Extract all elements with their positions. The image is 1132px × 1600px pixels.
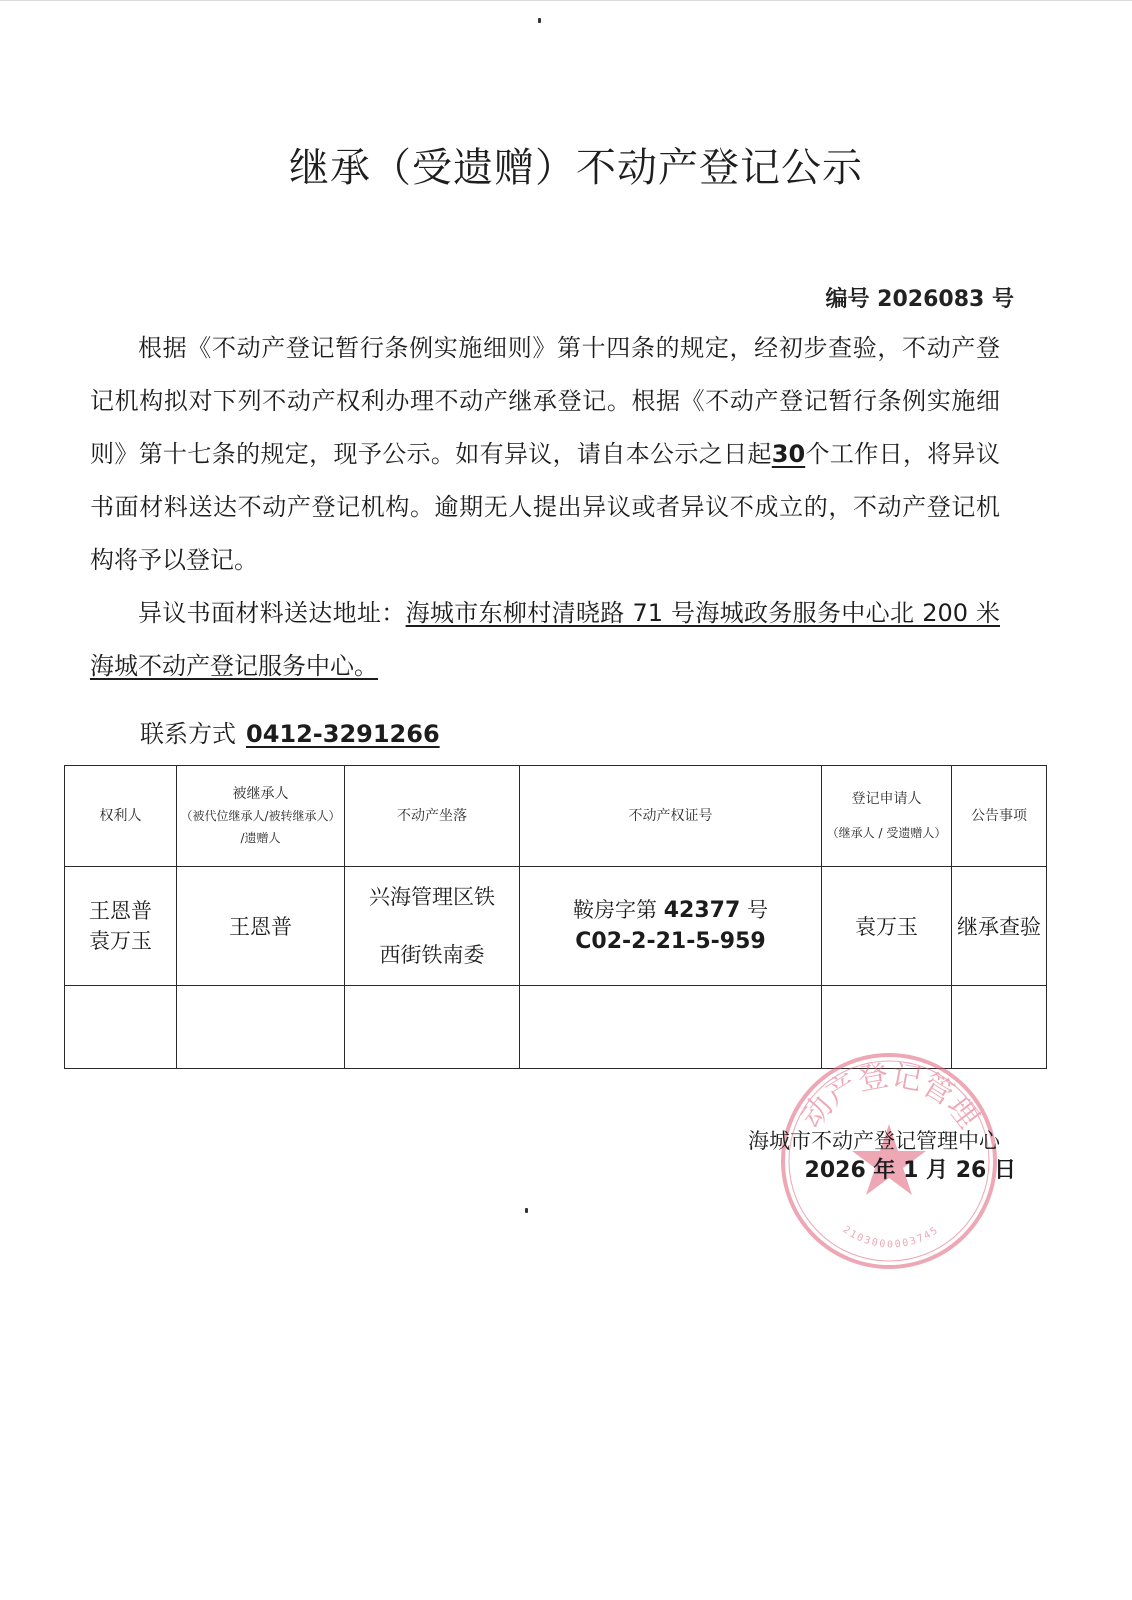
- table-row: 王恩普 袁万玉 王恩普 兴海管理区铁 西街铁南委 鞍房字第 42377 号 C0…: [65, 867, 1047, 986]
- cell-rights-holder: [65, 986, 177, 1069]
- cell-decedent: [177, 986, 345, 1069]
- svg-text:动产登记管理: 动产登记管理: [794, 1058, 985, 1135]
- header-notice-item: 公告事项: [952, 766, 1047, 867]
- header-rights-holder: 权利人: [65, 766, 177, 867]
- issue-date: 2026 年 1 月 26 日: [748, 1156, 1016, 1186]
- contact-info: 联系方式0412-3291266: [140, 714, 440, 749]
- scan-mark: [538, 18, 541, 23]
- notice-body: 根据《不动产登记暂行条例实施细则》第十四条的规定，经初步查验，不动产登记机构拟对…: [90, 322, 1000, 693]
- scan-mark: [525, 1208, 528, 1213]
- seal-text: 动产登记管理: [794, 1058, 985, 1135]
- location-line: 西街铁南委: [380, 943, 485, 967]
- cell-property-location: 兴海管理区铁 西街铁南委: [345, 867, 520, 986]
- header-decedent-main: 被继承人: [177, 783, 344, 805]
- header-decedent-sub: （被代位继承人/被转继承人）: [177, 805, 344, 827]
- cell-certificate-no: [520, 986, 822, 1069]
- notice-paragraph: 根据《不动产登记暂行条例实施细则》第十四条的规定，经初步查验，不动产登记机构拟对…: [90, 322, 1000, 587]
- table-header-row: 权利人 被继承人 （被代位继承人/被转继承人） /遗赠人 不动产坐落 不动产权证…: [65, 766, 1047, 867]
- seal-serial: 2103000003745: [841, 1224, 942, 1250]
- cell-notice-item: 继承查验: [952, 867, 1047, 986]
- signature-block: 海城市不动产登记管理中心 2026 年 1 月 26 日: [748, 1126, 1000, 1186]
- certificate-code: C02-2-21-5-959: [575, 929, 765, 954]
- document-title: 继承（受遗赠）不动产登记公示: [0, 136, 1132, 193]
- contact-label: 联系方式: [140, 720, 236, 748]
- cell-rights-holder: 王恩普 袁万玉: [65, 867, 177, 986]
- cell-decedent: 王恩普: [177, 867, 345, 986]
- contact-phone: 0412-3291266: [246, 720, 440, 748]
- reference-number: 编号 2026083 号: [826, 282, 1014, 313]
- header-decedent-sub2: /遗赠人: [177, 827, 344, 849]
- issuing-organization: 海城市不动产登记管理中心: [748, 1126, 1000, 1156]
- certificate-prefix: 鞍房字第: [573, 898, 657, 922]
- address-label: 异议书面材料送达地址：: [138, 599, 406, 627]
- objection-days: 30: [772, 440, 805, 468]
- header-property-location: 不动产坐落: [345, 766, 520, 867]
- location-line: 兴海管理区铁: [369, 885, 495, 909]
- header-applicant-main: 登记申请人: [822, 788, 951, 810]
- registry-table: 权利人 被继承人 （被代位继承人/被转继承人） /遗赠人 不动产坐落 不动产权证…: [64, 765, 1047, 1069]
- header-applicant: 登记申请人 （继承人 / 受遗赠人）: [822, 766, 952, 867]
- certificate-number: 42377: [664, 898, 741, 923]
- header-certificate-no: 不动产权证号: [520, 766, 822, 867]
- rights-holder-name: 袁万玉: [89, 929, 152, 953]
- cell-certificate-no: 鞍房字第 42377 号 C02-2-21-5-959: [520, 867, 822, 986]
- cell-property-location: [345, 986, 520, 1069]
- certificate-suffix: 号: [747, 898, 768, 922]
- header-applicant-sub: （继承人 / 受遗赠人）: [822, 822, 951, 844]
- address-paragraph: 异议书面材料送达地址：海城市东柳村清晓路 71 号海城政务服务中心北 200 米…: [90, 587, 1000, 693]
- header-decedent: 被继承人 （被代位继承人/被转继承人） /遗赠人: [177, 766, 345, 867]
- cell-applicant: 袁万玉: [822, 867, 952, 986]
- rights-holder-name: 王恩普: [89, 899, 152, 923]
- svg-text:2103000003745: 2103000003745: [841, 1224, 942, 1250]
